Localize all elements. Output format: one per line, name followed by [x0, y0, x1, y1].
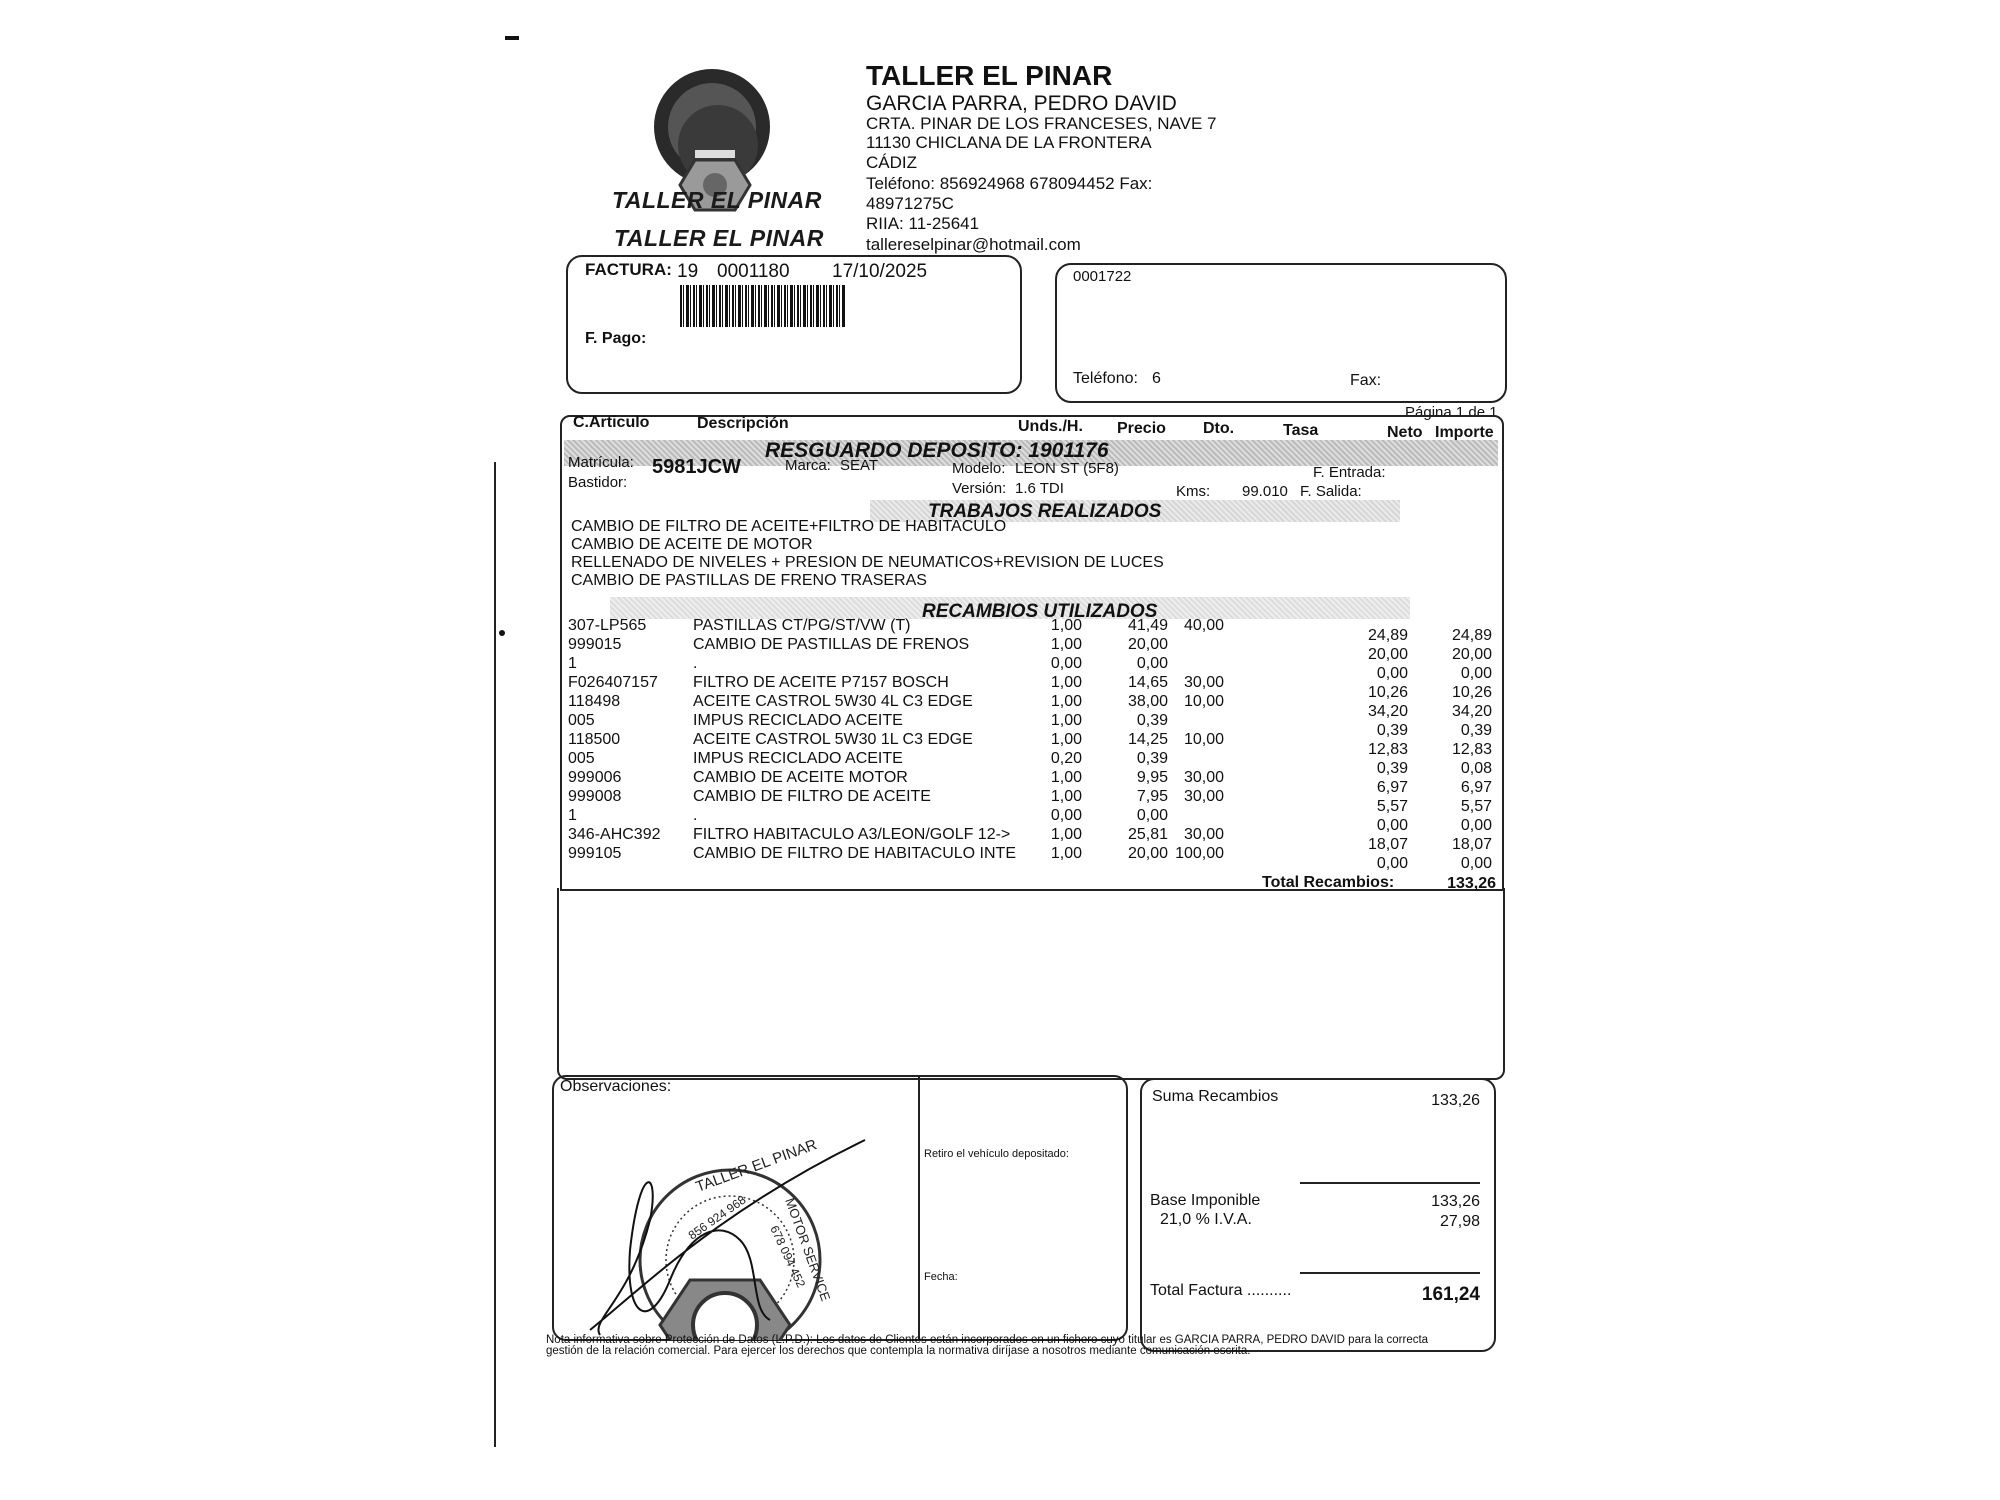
cell-price: 41,49 [1104, 617, 1168, 635]
cell-code: 999015 [568, 636, 678, 654]
work-item: CAMBIO DE PASTILLAS DE FRENO TRASERAS [571, 572, 927, 590]
company-phone: Teléfono: 856924968 678094452 Fax: [866, 174, 1152, 194]
company-stamp-icon: TALLER EL PINAR MOTOR SERVICE 856 924 96… [580, 1130, 870, 1340]
cell-net: 0,39 [1350, 722, 1408, 740]
kms-value: 99.010 [1242, 483, 1288, 500]
company-address: CRTA. PINAR DE LOS FRANCESES, NAVE 7 [866, 114, 1216, 134]
logo-caption: TALLER EL PINAR [612, 187, 822, 214]
customer-phone-value: 6 [1152, 370, 1161, 388]
cell-discount: 30,00 [1172, 769, 1224, 787]
totals-rule [1300, 1182, 1480, 1184]
pickup-label: Retiro el vehículo depositado: [924, 1148, 1069, 1160]
cell-code: 118500 [568, 731, 678, 749]
cell-discount: 10,00 [1172, 693, 1224, 711]
cell-price: 38,00 [1104, 693, 1168, 711]
cell-code: 118498 [568, 693, 678, 711]
cell-net: 12,83 [1350, 741, 1408, 759]
cell-amount: 5,57 [1430, 798, 1492, 816]
cell-amount: 10,26 [1430, 684, 1492, 702]
cell-description: . [693, 807, 1013, 825]
cell-description: . [693, 655, 1013, 673]
company-province: CÁDIZ [866, 153, 917, 173]
svg-text:TALLER EL PINAR: TALLER EL PINAR [694, 1136, 820, 1196]
cell-code: 1 [568, 655, 678, 673]
cell-amount: 20,00 [1430, 646, 1492, 664]
cell-code: 005 [568, 750, 678, 768]
chassis-label: Bastidor: [568, 474, 627, 491]
cell-price: 9,95 [1104, 769, 1168, 787]
cell-amount: 0,00 [1430, 817, 1492, 835]
kms-label: Kms: [1176, 483, 1210, 500]
model-value: LEON ST (5F8) [1015, 460, 1119, 477]
company-riia: RIIA: 11-25641 [866, 214, 979, 234]
customer-fax-label: Fax: [1350, 372, 1381, 390]
svg-text:856 924 968: 856 924 968 [686, 1193, 749, 1243]
cell-code: 999006 [568, 769, 678, 787]
cell-discount: 10,00 [1172, 731, 1224, 749]
cell-discount: 30,00 [1172, 674, 1224, 692]
items-table-extension [557, 888, 1505, 1080]
cell-price: 0,00 [1104, 807, 1168, 825]
customer-phone-label: Teléfono: [1073, 370, 1138, 388]
cell-amount: 18,07 [1430, 836, 1492, 854]
cell-price: 25,81 [1104, 826, 1168, 844]
cell-description: CAMBIO DE FILTRO DE HABITACULO INTE [693, 845, 1013, 863]
cell-units: 1,00 [1040, 617, 1082, 635]
cell-price: 7,95 [1104, 788, 1168, 806]
cell-net: 0,00 [1350, 817, 1408, 835]
cell-price: 20,00 [1104, 845, 1168, 863]
cell-description: IMPUS RECICLADO ACEITE [693, 750, 1013, 768]
cell-description: FILTRO HABITACULO A3/LEON/GOLF 12-> [693, 826, 1013, 844]
version-label: Versión: [952, 480, 1006, 497]
cell-units: 1,00 [1040, 731, 1082, 749]
cell-description: CAMBIO DE FILTRO DE ACEITE [693, 788, 1013, 806]
col-header-price: Precio [1117, 420, 1166, 438]
date-label: Fecha: [924, 1271, 958, 1283]
tax-base-value: 133,26 [1400, 1193, 1480, 1211]
brand-value: SEAT [840, 457, 878, 474]
cell-units: 1,00 [1040, 769, 1082, 787]
col-header-code: C.Articulo [573, 414, 649, 432]
cell-price: 20,00 [1104, 636, 1168, 654]
company-tax-id: 48971275C [866, 194, 954, 214]
plate-value: 5981JCW [652, 456, 741, 479]
sum-parts-value: 133,26 [1400, 1092, 1480, 1110]
company-email: tallereselpinar@hotmail.com [866, 235, 1081, 255]
exit-date-label: F. Salida: [1300, 483, 1362, 500]
cell-description: ACEITE CASTROL 5W30 1L C3 EDGE [693, 731, 1013, 749]
cell-net: 6,97 [1350, 779, 1408, 797]
cell-code: 1 [568, 807, 678, 825]
cell-code: 005 [568, 712, 678, 730]
cell-net: 34,20 [1350, 703, 1408, 721]
cell-code: 999008 [568, 788, 678, 806]
cell-units: 1,00 [1040, 712, 1082, 730]
entry-date-label: F. Entrada: [1313, 464, 1386, 481]
tax-base-label: Base Imponible [1150, 1192, 1260, 1210]
cell-amount: 0,08 [1430, 760, 1492, 778]
cell-price: 0,39 [1104, 712, 1168, 730]
version-value: 1.6 TDI [1015, 480, 1064, 497]
cell-code: 346-AHC392 [568, 826, 678, 844]
total-invoice-label: Total Factura .......... [1150, 1282, 1291, 1300]
model-label: Modelo: [952, 460, 1005, 477]
plate-label: Matrícula: [568, 454, 634, 471]
sum-parts-label: Suma Recambios [1152, 1088, 1278, 1106]
scan-edge-line [494, 462, 496, 1447]
cell-amount: 6,97 [1430, 779, 1492, 797]
company-name: TALLER EL PINAR [866, 60, 1112, 92]
col-header-units: Unds./H. [1018, 418, 1083, 436]
cell-amount: 0,39 [1430, 722, 1492, 740]
cell-code: 307-LP565 [568, 617, 678, 635]
scan-mark [505, 36, 519, 40]
observations-divider [918, 1077, 920, 1339]
cell-description: FILTRO DE ACEITE P7157 BOSCH [693, 674, 1013, 692]
work-item: RELLENADO DE NIVELES + PRESION DE NEUMAT… [571, 554, 1164, 572]
cell-discount: 100,00 [1172, 845, 1224, 863]
cell-units: 0,20 [1040, 750, 1082, 768]
vat-label: 21,0 % I.V.A. [1160, 1211, 1252, 1229]
cell-description: ACEITE CASTROL 5W30 4L C3 EDGE [693, 693, 1013, 711]
work-item: CAMBIO DE ACEITE DE MOTOR [571, 536, 813, 554]
logo-caption-secondary: TALLER EL PINAR [614, 225, 824, 252]
cell-net: 0,00 [1350, 855, 1408, 873]
company-owner: GARCIA PARRA, PEDRO DAVID [866, 92, 1177, 116]
scan-dot [499, 630, 505, 636]
cell-discount: 30,00 [1172, 788, 1224, 806]
cell-net: 24,89 [1350, 627, 1408, 645]
cell-amount: 12,83 [1430, 741, 1492, 759]
cell-units: 1,00 [1040, 636, 1082, 654]
brand-label: Marca: [785, 457, 831, 474]
cell-units: 1,00 [1040, 693, 1082, 711]
col-header-discount: Dto. [1203, 420, 1234, 438]
cell-amount: 34,20 [1430, 703, 1492, 721]
invoice-date: 17/10/2025 [832, 261, 927, 283]
totals-rule-2 [1300, 1272, 1480, 1274]
cell-units: 1,00 [1040, 826, 1082, 844]
customer-code: 0001722 [1073, 268, 1131, 285]
invoice-number: 0001180 [717, 261, 790, 283]
cell-units: 1,00 [1040, 674, 1082, 692]
cell-price: 14,65 [1104, 674, 1168, 692]
payment-label: F. Pago: [585, 330, 646, 348]
cell-amount: 0,00 [1430, 855, 1492, 873]
vat-value: 27,98 [1400, 1213, 1480, 1231]
cell-code: 999105 [568, 845, 678, 863]
cell-net: 5,57 [1350, 798, 1408, 816]
cell-code: F026407157 [568, 674, 678, 692]
company-city: 11130 CHICLANA DE LA FRONTERA [866, 133, 1152, 153]
invoice-series: 19 [677, 261, 698, 283]
cell-units: 0,00 [1040, 807, 1082, 825]
work-item: CAMBIO DE FILTRO DE ACEITE+FILTRO DE HAB… [571, 518, 1006, 536]
observations-label: Observaciones: [560, 1078, 671, 1096]
invoice-label: FACTURA: [585, 260, 672, 280]
data-protection-note: Nota informativa sobre Protección de Dat… [546, 1335, 1446, 1357]
cell-discount: 30,00 [1172, 826, 1224, 844]
cell-units: 1,00 [1040, 788, 1082, 806]
total-parts-label: Total Recambios: [1262, 874, 1394, 892]
cell-description: CAMBIO DE ACEITE MOTOR [693, 769, 1013, 787]
col-header-tax: Tasa [1283, 422, 1318, 440]
cell-price: 14,25 [1104, 731, 1168, 749]
cell-net: 0,00 [1350, 665, 1408, 683]
cell-net: 20,00 [1350, 646, 1408, 664]
cell-units: 0,00 [1040, 655, 1082, 673]
cell-discount: 40,00 [1172, 617, 1224, 635]
barcode-icon [680, 285, 846, 327]
cell-description: IMPUS RECICLADO ACEITE [693, 712, 1013, 730]
col-header-description: Descripción [697, 415, 789, 433]
total-parts-value: 133,26 [1440, 875, 1496, 893]
cell-price: 0,39 [1104, 750, 1168, 768]
cell-units: 1,00 [1040, 845, 1082, 863]
cell-amount: 24,89 [1430, 627, 1492, 645]
cell-description: CAMBIO DE PASTILLAS DE FRENOS [693, 636, 1013, 654]
cell-price: 0,00 [1104, 655, 1168, 673]
cell-net: 0,39 [1350, 760, 1408, 778]
cell-net: 10,26 [1350, 684, 1408, 702]
total-invoice-value: 161,24 [1380, 1284, 1480, 1306]
cell-description: PASTILLAS CT/PG/ST/VW (T) [693, 617, 1013, 635]
cell-amount: 0,00 [1430, 665, 1492, 683]
cell-net: 18,07 [1350, 836, 1408, 854]
